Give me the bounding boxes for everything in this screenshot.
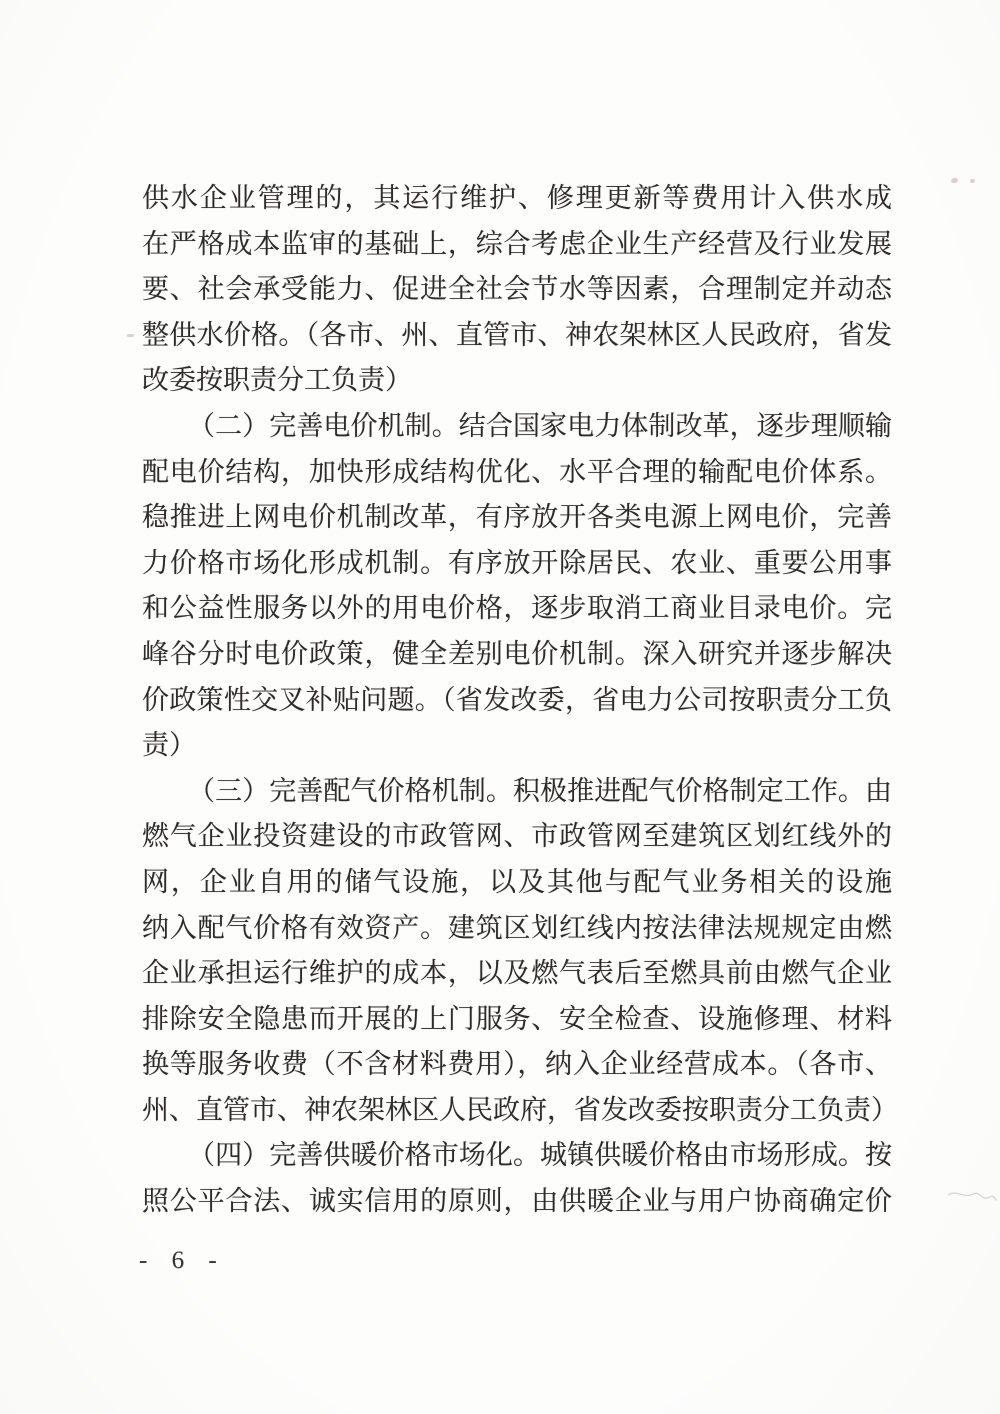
text-line: 和公益性服务以外的用电价格，逐步取消工商业目录电价。完善 bbox=[142, 586, 892, 632]
text-line: 换等服务收费（不含材料费用），纳入企业经营成本。（各市、 bbox=[142, 1042, 892, 1088]
text-line: 排除安全隐患而开展的上门服务、安全检查、设施修理、材料更 bbox=[142, 997, 892, 1043]
paragraph: （二）完善电价机制。结合国家电力体制改革，逐步理顺输配电价结构，加快形成结构优化… bbox=[142, 404, 892, 769]
text-line: 企业承担运行维护的成本，以及燃气表后至燃具前由燃气企业为 bbox=[142, 951, 892, 997]
text-line: 纳入配气价格有效资产。建筑区划红线内按法律法规规定由燃气 bbox=[142, 906, 892, 952]
text-line: 网，企业自用的储气设施，以及其他与配气业务相关的设施等， bbox=[142, 860, 892, 906]
text-line: 配电价结构，加快形成结构优化、水平合理的输配电价体系。平 bbox=[142, 450, 892, 496]
scan-speck-icon bbox=[127, 334, 134, 337]
text-line: （二）完善电价机制。结合国家电力体制改革，逐步理顺输 bbox=[142, 404, 892, 450]
paragraph: （三）完善配气价格机制。积极推进配气价格制定工作。由燃气企业投资建设的市政管网、… bbox=[142, 769, 892, 1134]
pink-ink-speck-icon bbox=[951, 177, 959, 183]
text-line: 峰谷分时电价政策，健全差别电价机制。深入研究并逐步解决电 bbox=[142, 632, 892, 678]
text-line: 改委按职责分工负责） bbox=[142, 358, 892, 404]
text-line: 照公平合法、诚实信用的原则，由供暖企业与用户协商确定价格 bbox=[142, 1179, 892, 1225]
text-line: （四）完善供暖价格市场化。城镇供暖价格由市场形成。按 bbox=[142, 1133, 892, 1179]
paragraph: 供水企业管理的，其运行维护、修理更新等费用计入供水成本。在严格成本监审的基础上，… bbox=[142, 176, 892, 404]
text-line: 在严格成本监审的基础上，综合考虑企业生产经营及行业发展需 bbox=[142, 222, 892, 268]
text-line: 燃气企业投资建设的市政管网、市政管网至建筑区划红线外的管 bbox=[142, 814, 892, 860]
page-number: - 6 - bbox=[139, 1246, 226, 1276]
paragraph: （四）完善供暖价格市场化。城镇供暖价格由市场形成。按照公平合法、诚实信用的原则，… bbox=[142, 1133, 892, 1224]
text-line: 供水企业管理的，其运行维护、修理更新等费用计入供水成本。 bbox=[142, 176, 892, 222]
text-line: 价政策性交叉补贴问题。（省发改委，省电力公司按职责分工负 bbox=[142, 678, 892, 724]
scan-squiggle-artifact-icon bbox=[946, 1186, 998, 1208]
text-line: 整供水价格。（各市、州、直管市、神农架林区人民政府，省发 bbox=[142, 313, 892, 359]
text-line: 责） bbox=[142, 723, 892, 769]
text-line: 力价格市场化形成机制。有序放开除居民、农业、重要公用事业 bbox=[142, 541, 892, 587]
text-line: 稳推进上网电价机制改革，有序放开各类电源上网电价，完善电 bbox=[142, 495, 892, 541]
text-line: （三）完善配气价格机制。积极推进配气价格制定工作。由 bbox=[142, 769, 892, 815]
document-text: 供水企业管理的，其运行维护、修理更新等费用计入供水成本。在严格成本监审的基础上，… bbox=[142, 176, 892, 1225]
document-page: 供水企业管理的，其运行维护、修理更新等费用计入供水成本。在严格成本监审的基础上，… bbox=[0, 0, 1000, 1414]
text-line: 要、社会承受能力、促进全社会节水等因素，合理制定并动态调 bbox=[142, 267, 892, 313]
text-line: 州、直管市、神农架林区人民政府，省发改委按职责分工负责） bbox=[142, 1088, 892, 1134]
pink-ink-speck-icon bbox=[970, 179, 975, 183]
